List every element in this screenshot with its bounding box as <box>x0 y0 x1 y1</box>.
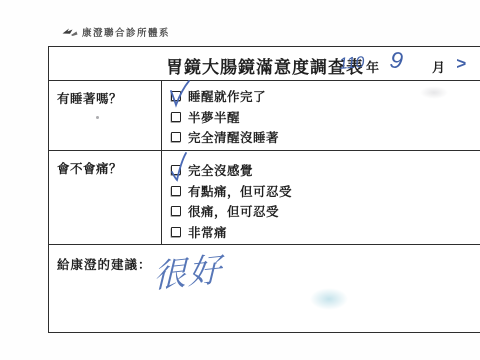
survey-table: 胃鏡大腸鏡滿意度調查表 110 年 9 月 > 有睡著嗎？ 睡醒就作完了 半夢半… <box>48 46 480 333</box>
date-month-handwritten: 9 <box>388 46 404 75</box>
checkbox[interactable] <box>171 206 181 216</box>
option-label: 完全沒感覺 <box>188 161 253 179</box>
option-label: 非常痛 <box>188 223 227 241</box>
option-row: 睡醒就作完了 <box>171 86 480 106</box>
clinic-logo-icon <box>62 27 78 38</box>
option-row: 有點痛，但可忍受 <box>171 181 480 201</box>
question-label: 會不會痛？ <box>57 162 122 176</box>
form-title: 胃鏡大腸鏡滿意度調查表 <box>166 53 364 78</box>
checkbox[interactable] <box>171 91 181 101</box>
checkbox[interactable] <box>171 186 181 196</box>
option-row: 完全清醒沒睡著 <box>171 127 480 147</box>
handwritten-response: 很好 <box>153 243 223 298</box>
options-cell: 睡醒就作完了 半夢半醒 完全清醒沒睡著 <box>162 81 480 150</box>
date-year-handwritten: 110 <box>338 54 365 74</box>
checkbox[interactable] <box>171 132 181 142</box>
date-day-partial-handwritten: > <box>456 54 466 74</box>
checkbox[interactable] <box>171 165 181 175</box>
option-label: 半夢半醒 <box>188 108 240 126</box>
option-row: 非常痛 <box>171 222 480 242</box>
option-label: 完全清醒沒睡著 <box>188 128 279 146</box>
option-row: 很痛，但可忍受 <box>171 201 480 221</box>
options-cell: 完全沒感覺 有點痛，但可忍受 很痛，但可忍受 非常痛 <box>162 151 480 244</box>
question-label: 有睡著嗎？ <box>57 92 122 106</box>
question-row-sleep: 有睡著嗎？ 睡醒就作完了 半夢半醒 完全清醒沒睡著 <box>49 80 480 150</box>
option-row: 完全沒感覺 <box>171 160 480 180</box>
question-cell: 會不會痛？ <box>49 151 162 244</box>
question-row-pain: 會不會痛？ 完全沒感覺 有點痛，但可忍受 很痛，但可忍受 非常痛 <box>49 150 480 244</box>
suggestion-label: 給康澄的建議： <box>57 255 152 273</box>
option-label: 很痛，但可忍受 <box>188 202 279 220</box>
option-label: 睡醒就作完了 <box>188 87 266 105</box>
title-row: 胃鏡大腸鏡滿意度調查表 110 年 9 月 > <box>49 47 480 80</box>
question-cell: 有睡著嗎？ <box>49 81 162 150</box>
checkbox[interactable] <box>171 112 181 122</box>
option-row: 半夢半醒 <box>171 107 480 127</box>
checkbox[interactable] <box>171 227 181 237</box>
date-year-unit: 年 <box>366 57 379 76</box>
brand-header: 康澄聯合診所體系 <box>62 25 170 39</box>
option-label: 有點痛，但可忍受 <box>188 182 292 200</box>
date-month-unit: 月 <box>432 57 445 76</box>
suggestion-row: 給康澄的建議： 很好 <box>49 244 480 332</box>
clinic-brand-text: 康澄聯合診所體系 <box>82 25 170 39</box>
